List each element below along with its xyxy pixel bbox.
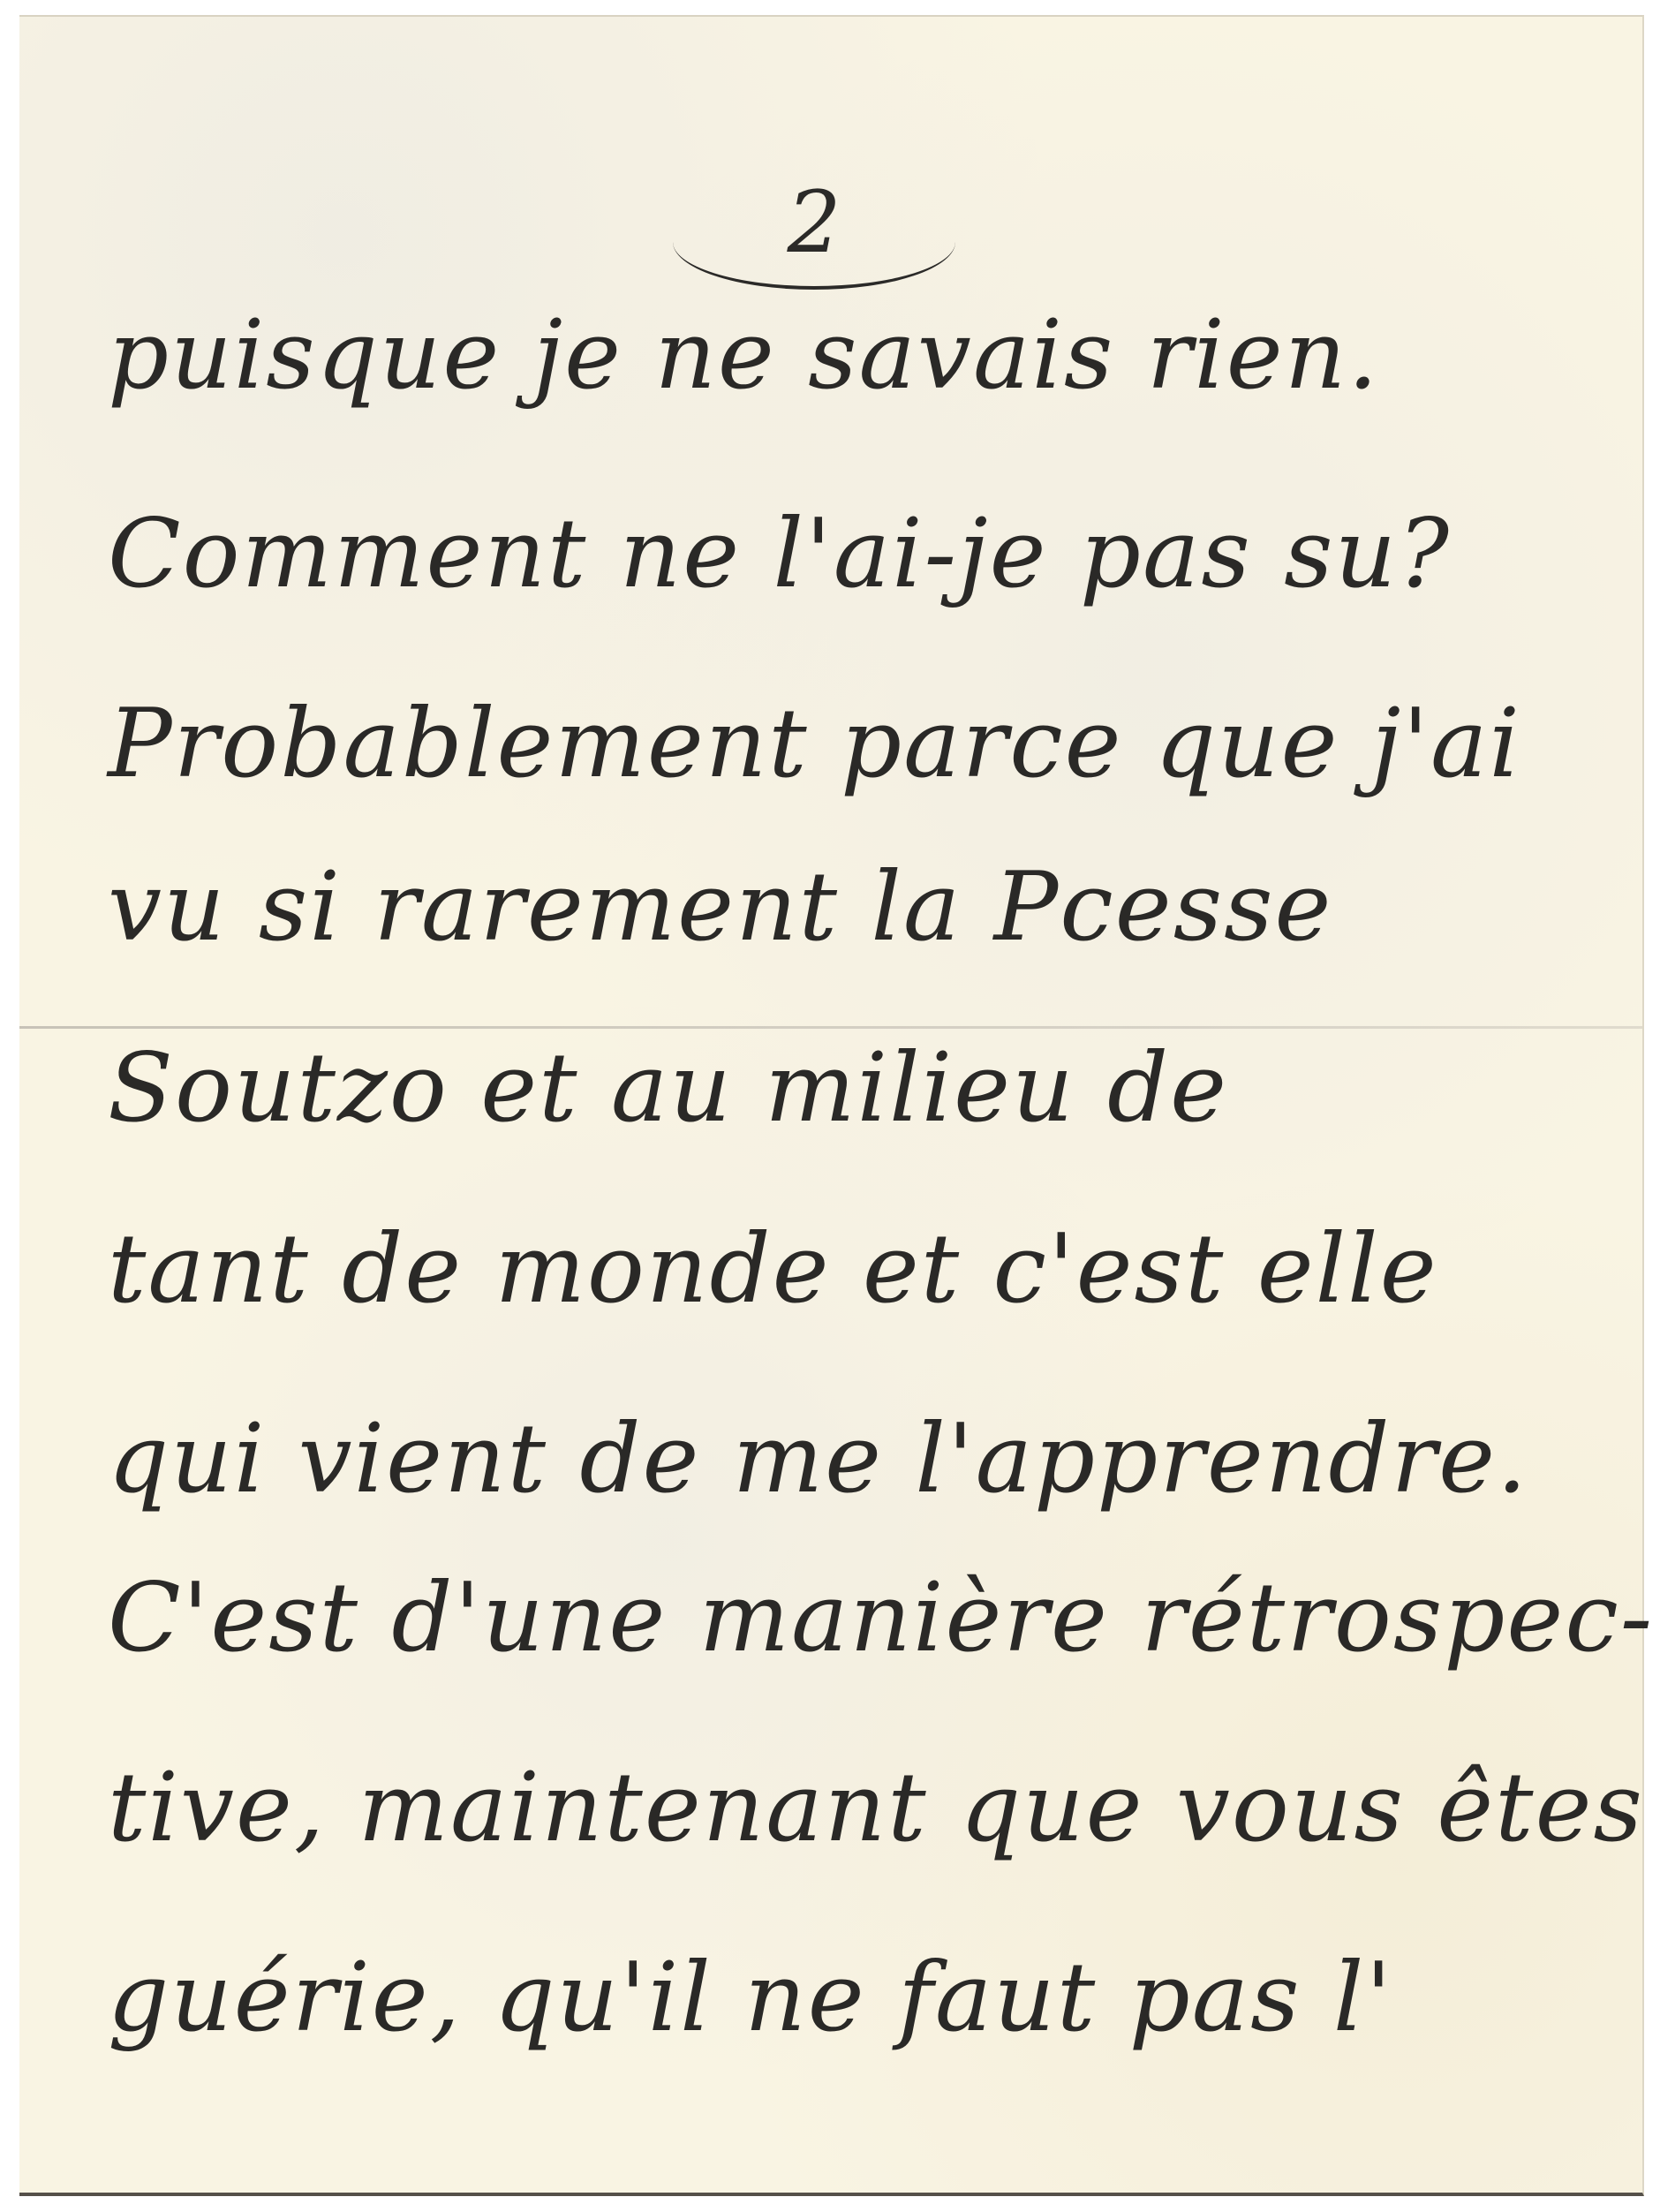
handwritten-line-1: puisque je ne savais rien. bbox=[108, 308, 1609, 404]
handwritten-line-4: vu si rarement la Pcesse bbox=[108, 860, 1609, 955]
handwritten-line-7: qui vient de me l'apprendre. bbox=[108, 1412, 1609, 1507]
letter-page: 2 puisque je ne savais rien. Comment ne … bbox=[19, 15, 1644, 2196]
page-number-underline bbox=[673, 242, 955, 290]
handwritten-line-5: Soutzo et au milieu de bbox=[108, 1041, 1609, 1136]
handwritten-line-2: Comment ne l'ai-je pas su? bbox=[108, 507, 1609, 602]
handwritten-line-9: tive, maintenant que vous êtes bbox=[108, 1761, 1609, 1856]
paper-fold-crease bbox=[19, 1026, 1642, 1029]
handwritten-line-10: guérie, qu'il ne faut pas l' bbox=[108, 1951, 1609, 2046]
handwritten-line-3: Probablement parce que j'ai bbox=[108, 697, 1609, 792]
handwritten-line-8: C'est d'une manière rétrospec- bbox=[108, 1571, 1609, 1666]
handwritten-line-6: tant de monde et c'est elle bbox=[108, 1222, 1609, 1317]
